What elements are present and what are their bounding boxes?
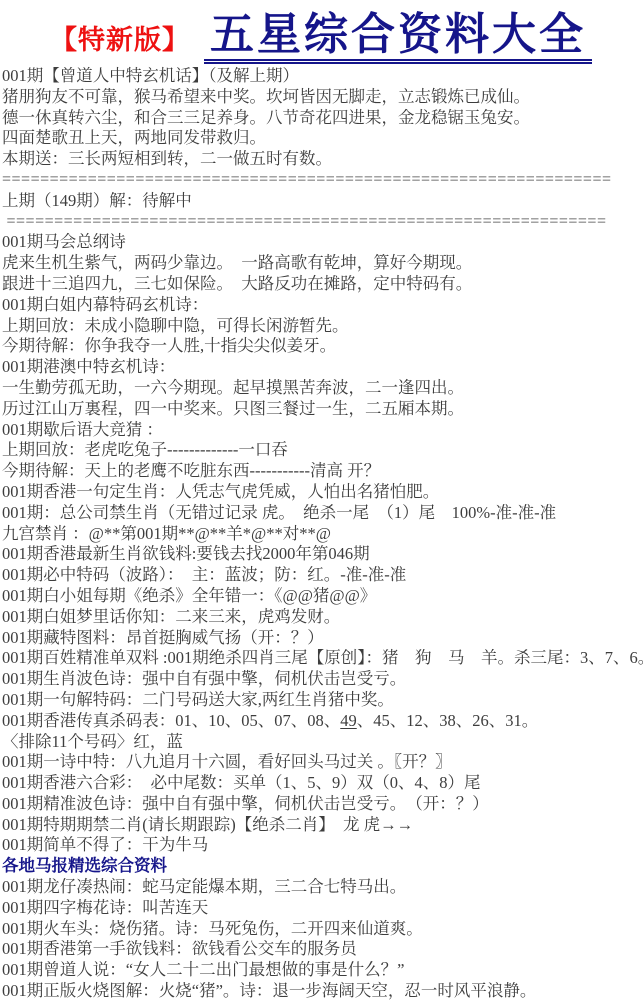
text-line: 001期曾道人说：“女人二十二出门最想做的事是什么？” <box>2 960 643 981</box>
text-line: 虎来生机生紫气，两码少靠边。 一路高歌有乾坤，算好今期现。 <box>2 253 643 274</box>
line-segment: 001期香港传真杀码表：01、10、05、07、08、 <box>2 711 340 730</box>
edition-badge: 【特新版】 <box>50 27 190 54</box>
content-lines: 001期【曾道人中特玄机话】（及解上期）猪朋狗友不可靠，猴马希望来中奖。坎坷皆因… <box>0 64 643 1002</box>
separator-line: ========================================… <box>2 170 643 191</box>
text-line: 上期（149期）解：待解中 <box>2 191 643 212</box>
text-line: 九宫禁肖 ：@**第001期**@**羊*@**对**@ <box>2 524 643 545</box>
text-line: 德一休真转六尘，和合三三足养身。八节奇花四进果，金龙稳锯玉兔安。 <box>2 108 643 129</box>
text-line: 001期百姓精准单双料 :001期绝杀四肖三尾【原创】：猪 狗 马 羊。杀三尾：… <box>2 648 643 669</box>
text-line: 001期香港最新生肖欲钱料:要钱去找2000年第046期 <box>2 544 643 565</box>
text-line: 001期【曾道人中特玄机话】（及解上期） <box>2 66 643 87</box>
text-line: 001期一句解特码：二门号码送大家,两红生肖猪中奖。 <box>2 690 643 711</box>
text-line: 001期龙仔凑热闹：蛇马定能爆本期，三二合七特马出。 <box>2 877 643 898</box>
section-heading: 各地马报精选综合资料 <box>2 856 643 877</box>
page-title: 五星综合资料大全 <box>204 13 592 64</box>
text-line: 001期香港一句定生肖：人凭志气虎凭威，人怕出名猪怕肥。 <box>2 482 643 503</box>
text-line: 四面楚歌丑上天，两地同发带救归。 <box>2 128 643 149</box>
text-line: 〈排除11个号码〉红，蓝 <box>2 732 643 753</box>
text-line: 跟进十三追四九，三七如保险。 大路反功在摊路，定中特码有。 <box>2 274 643 295</box>
separator-line: ========================================… <box>2 212 643 233</box>
text-line: 001期特期期禁二肖(请长期跟踪)【绝杀二肖】 龙 虎→→ <box>2 815 643 836</box>
text-line: 001期歇后语大竞猜 ： <box>2 420 643 441</box>
underlined-number: 49 <box>340 711 357 730</box>
text-line: 今期待解：天上的老鹰不吃脏东西-----------清高 开？ <box>2 461 643 482</box>
text-line: 001期生肖波色诗：强中自有强中擎，伺机伏击岂受亏。 <box>2 669 643 690</box>
text-line: 001期必中特码（波路）： 主：蓝波；防：红。-准-准-准 <box>2 565 643 586</box>
text-line: 001期白姐梦里话你知：二来三来，虎鸡发财。 <box>2 607 643 628</box>
text-line: 今期待解：你争我夺一人胜,十指尖尖似姜牙。 <box>2 336 643 357</box>
text-line: 001期香港传真杀码表：01、10、05、07、08、49、45、12、38、2… <box>2 711 643 732</box>
line-segment: 、45、12、38、26、31。 <box>357 711 539 730</box>
text-line: 上期回放：老虎吃兔子-------------一口吞 <box>2 440 643 461</box>
text-line: 001期正版火烧图解：火烧“猪”。诗：退一步海阔天空，忍一时风平浪静。 <box>2 981 643 1002</box>
text-line: 本期送：三长两短相到转，二一做五时有数。 <box>2 149 643 170</box>
text-line: 001期香港六合彩： 必中尾数：买单（1、5、9）双（0、4、8）尾 <box>2 773 643 794</box>
text-line: 001期白小姐每期《绝杀》全年错一：《@@猪@@》 <box>2 586 643 607</box>
text-line: 001期港澳中特玄机诗： <box>2 357 643 378</box>
text-line: 001期：总公司禁生肖（无错过记录 虎。 绝杀一尾 （1）尾 100%-准-准-… <box>2 503 643 524</box>
text-line: 历过江山万裏程，四一中奖来。只图三餐过一生，二五厢本期。 <box>2 399 643 420</box>
text-line: 上期回放：未成小隐聊中隐，可得长闲游暂先。 <box>2 316 643 337</box>
text-line: 001期火车头：烧伤猪。诗：马死兔伤，二开四来仙道爽。 <box>2 919 643 940</box>
text-line: 001期白姐内幕特码玄机诗： <box>2 295 643 316</box>
text-line: 猪朋狗友不可靠，猴马希望来中奖。坎坷皆因无脚走，立志锻炼已成仙。 <box>2 87 643 108</box>
text-line: 001期藏特图料：昂首挺胸威气扬（开：？） <box>2 628 643 649</box>
text-line: 001期香港第一手欲钱料：欲钱看公交车的服务员 <box>2 939 643 960</box>
page-header: 【特新版】 五星综合资料大全 <box>0 0 643 64</box>
text-line: 001期马会总纲诗 <box>2 232 643 253</box>
text-line: 001期四字梅花诗：叫苦连天 <box>2 898 643 919</box>
text-line: 001期精准波色诗：强中自有强中擎，伺机伏击岂受亏。 （开：？） <box>2 794 643 815</box>
text-line: 一生勤劳孤无助，一六今期现。起早摸黑苦奔波，二一逢四出。 <box>2 378 643 399</box>
text-line: 001期一诗中特：八九追月十六圆，看好回头马过关 。〖开？〗 <box>2 752 643 773</box>
text-line: 001期简单不得了：干为牛马 <box>2 835 643 856</box>
